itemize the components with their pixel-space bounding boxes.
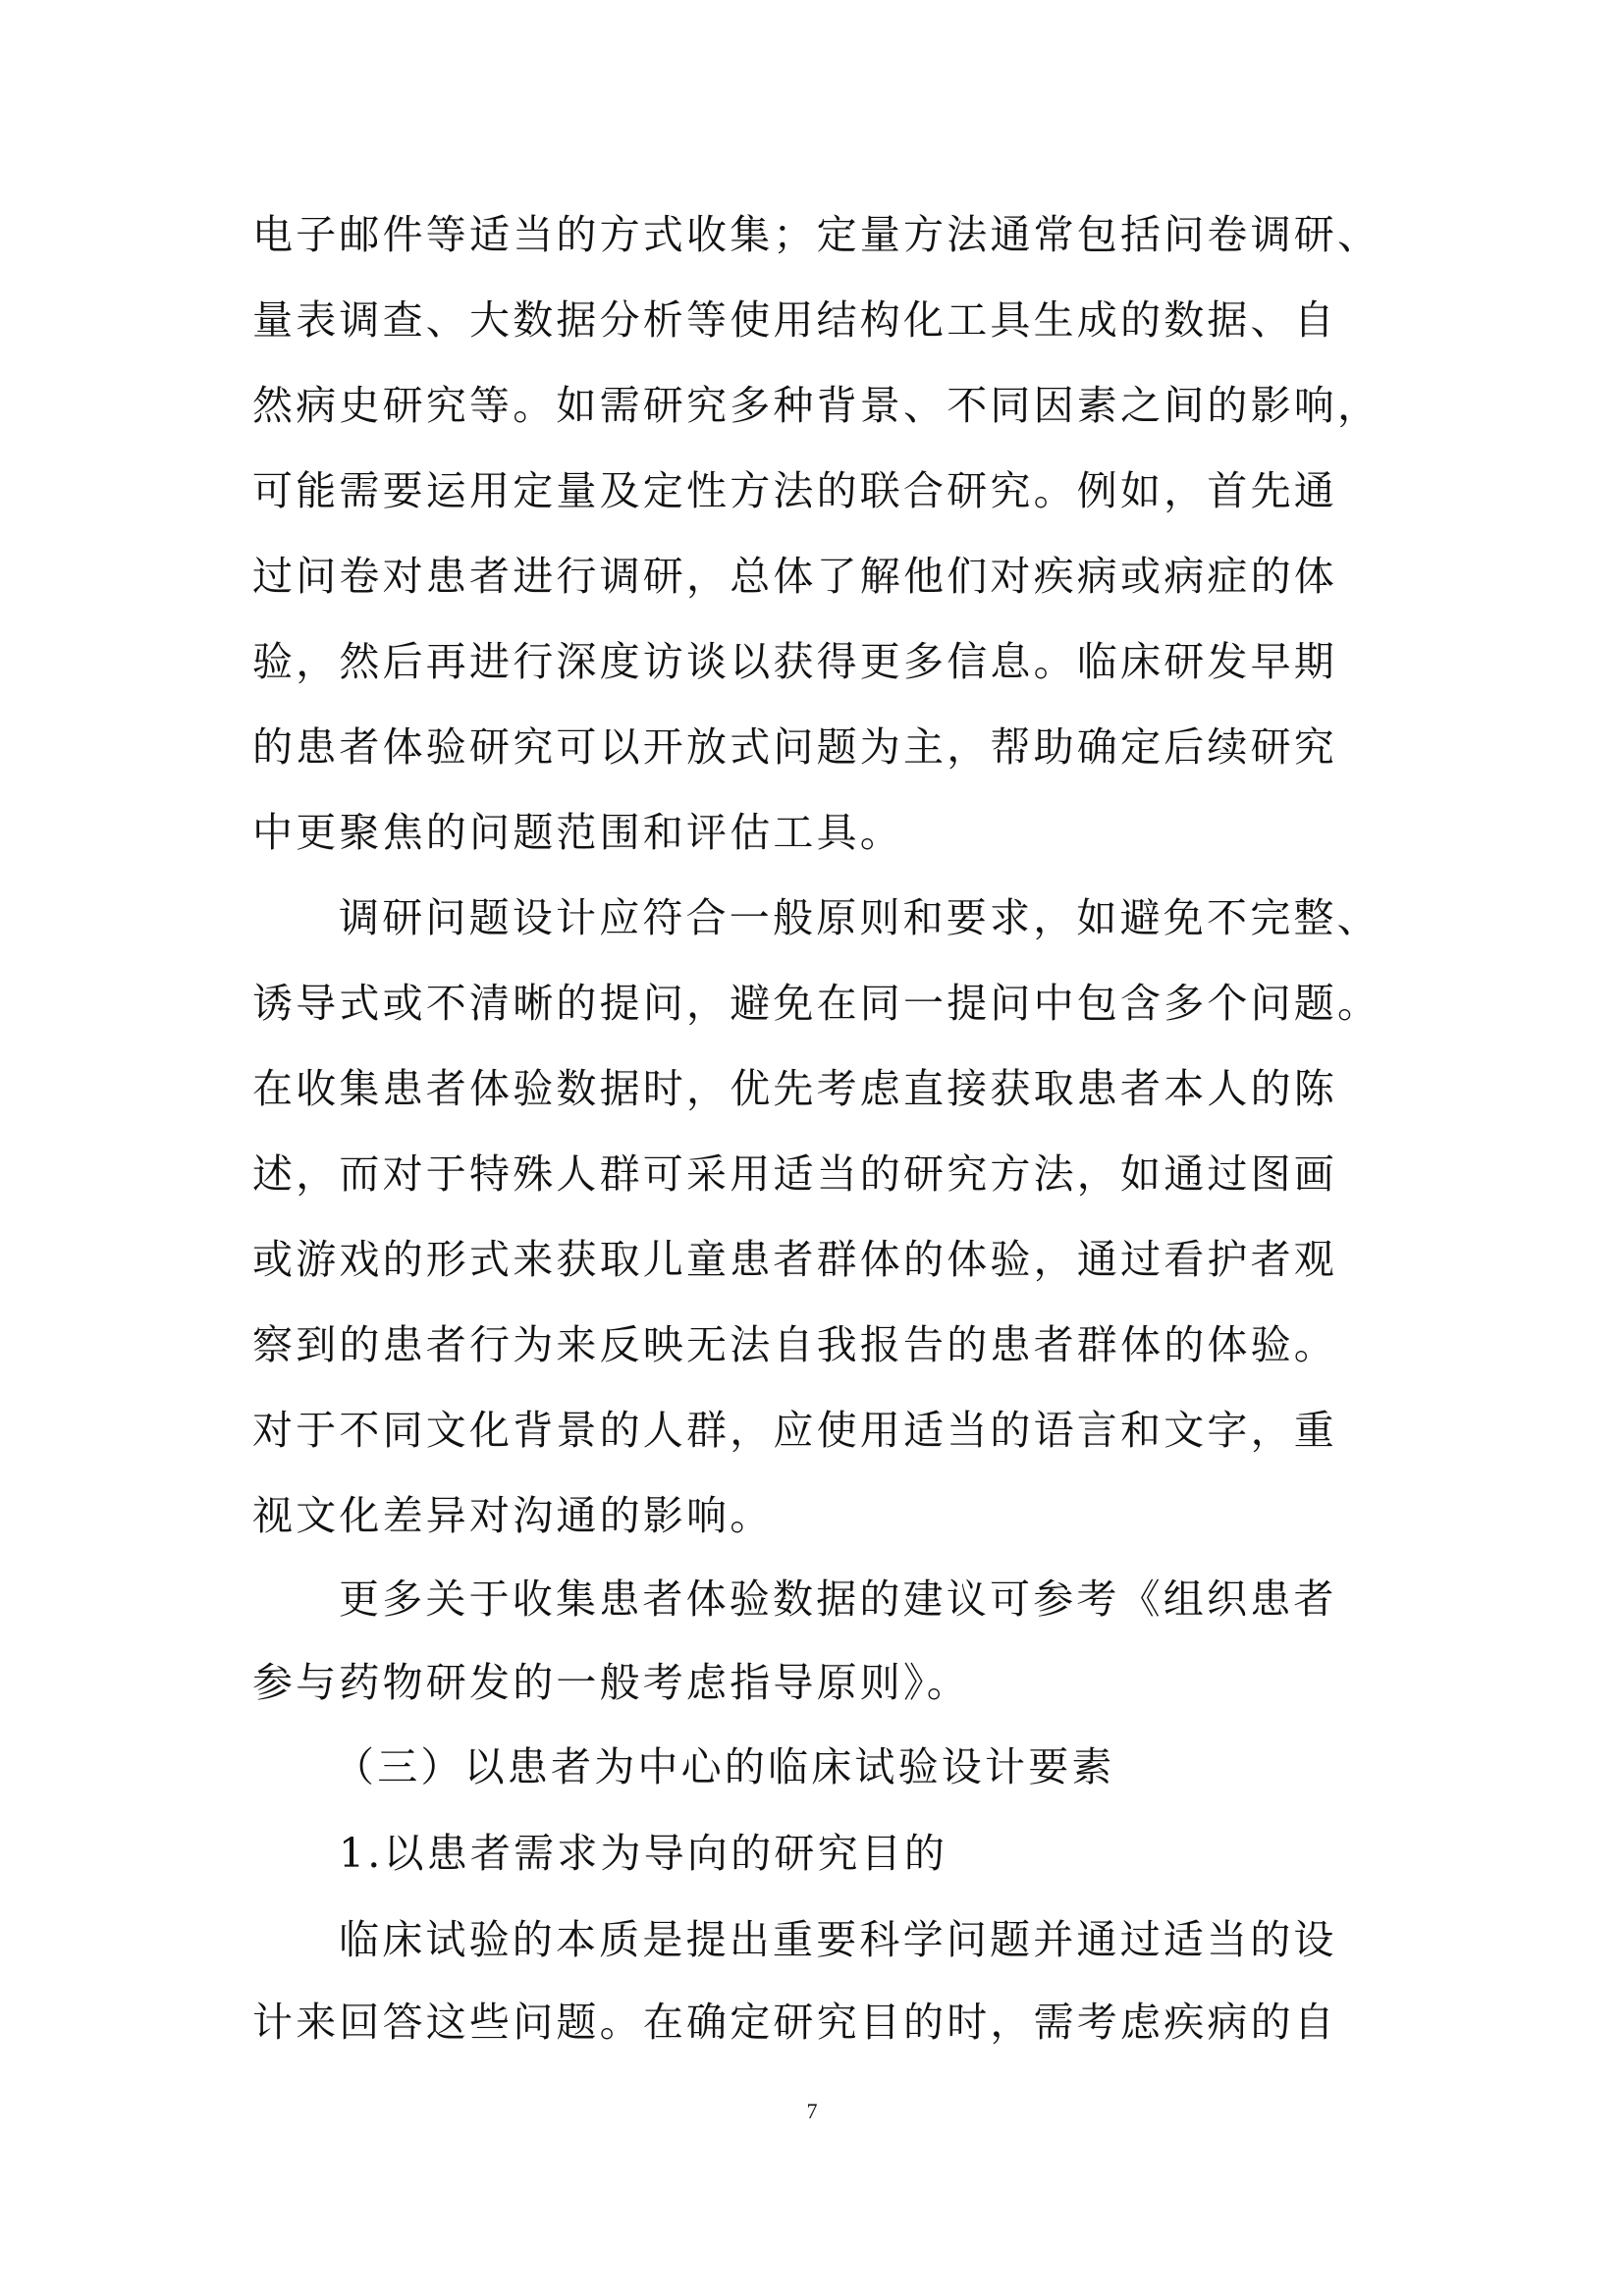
paragraph-line: 述，而对于特殊人群可采用适当的研究方法，如通过图画: [252, 1150, 1337, 1198]
paragraph-line: 对于不同文化背景的人群，应使用适当的语言和文字，重: [252, 1407, 1337, 1454]
paragraph-line: 过问卷对患者进行调研，总体了解他们对疾病或病症的体: [252, 553, 1337, 600]
paragraph-line: 的患者体验研究可以开放式问题为主，帮助确定后续研究: [252, 723, 1337, 771]
paragraph-line: 验，然后再进行深度访谈以获得更多信息。临床研发早期: [252, 638, 1337, 685]
paragraph-first-line: 临床试验的本质是提出重要科学问题并通过适当的设: [339, 1916, 1337, 1963]
paragraph-line: 计来回答这些问题。在确定研究目的时，需考虑疾病的自: [252, 1999, 1337, 2046]
section-heading: （三）以患者为中心的临床试验设计要素: [334, 1743, 1115, 1790]
paragraph-line: 或游戏的形式来获取儿童患者群体的体验，通过看护者观: [252, 1236, 1337, 1283]
page-number: 7: [0, 2099, 1624, 2124]
document-page: 电子邮件等适当的方式收集；定量方法通常包括问卷调研、 量表调查、大数据分析等使用…: [0, 0, 1624, 2296]
paragraph-line: 电子邮件等适当的方式收集；定量方法通常包括问卷调研、: [252, 211, 1380, 258]
paragraph-line: 诱导式或不清晰的提问，避免在同一提问中包含多个问题。: [252, 980, 1380, 1027]
paragraph-line: 在收集患者体验数据时，优先考虑直接获取患者本人的陈: [252, 1065, 1337, 1112]
paragraph-line: 可能需要运用定量及定性方法的联合研究。例如，首先通: [252, 467, 1337, 514]
subsection-heading: 1.以患者需求为导向的研究目的: [339, 1830, 947, 1877]
paragraph-first-line: 更多关于收集患者体验数据的建议可参考《组织患者: [339, 1575, 1337, 1623]
paragraph-line: 量表调查、大数据分析等使用结构化工具生成的数据、自: [252, 296, 1337, 344]
paragraph-line: 察到的患者行为来反映无法自我报告的患者群体的体验。: [252, 1321, 1337, 1368]
paragraph-line: 中更聚焦的问题范围和评估工具。: [252, 809, 903, 856]
paragraph-line: 视文化差异对沟通的影响。: [252, 1492, 773, 1539]
paragraph-line: 参与药物研发的一般考虑指导原则》。: [252, 1659, 970, 1706]
paragraph-line: 然病史研究等。如需研究多种背景、不同因素之间的影响，: [252, 382, 1380, 429]
paragraph-first-line: 调研问题设计应符合一般原则和要求，如避免不完整、: [339, 894, 1380, 941]
